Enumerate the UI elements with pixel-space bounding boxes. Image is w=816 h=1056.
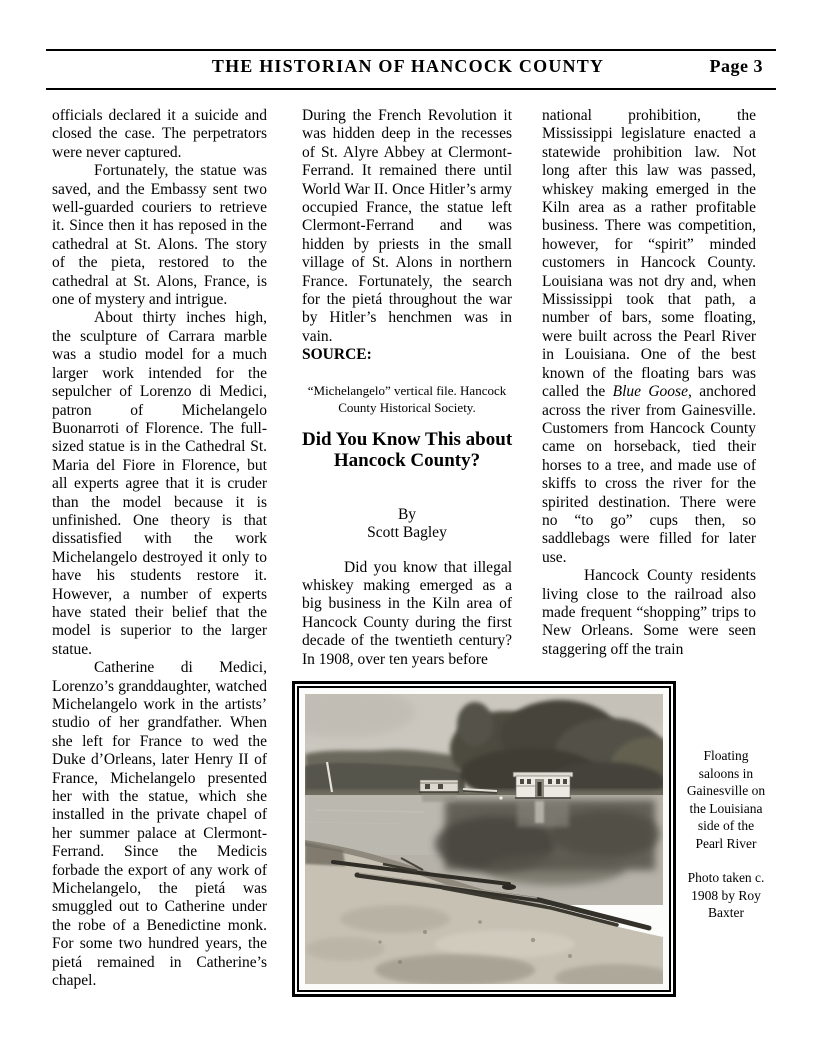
paragraph: Catherine di Medici, Lorenzo’s granddaug… — [52, 659, 267, 990]
source-citation: “Michelangelo” vertical file. Hancock Co… — [302, 382, 512, 416]
column-2: During the French Revolution it was hidd… — [302, 107, 512, 669]
citation-line: County Historical Society. — [302, 399, 512, 416]
photo-matte — [297, 686, 671, 992]
newsletter-page: THE HISTORIAN OF HANCOCK COUNTY Page 3 o… — [0, 0, 816, 1056]
photo-illustration — [305, 694, 663, 984]
header-rule-top — [46, 49, 776, 51]
paragraph: Did you know that illegal whiskey making… — [302, 559, 512, 669]
heading-line: Hancock County? — [302, 450, 512, 472]
header-rule-bottom — [46, 88, 776, 90]
paragraph-text: , anchored across the river from Gainesv… — [542, 383, 756, 566]
article-heading: Did You Know This about Hancock County? — [302, 429, 512, 472]
paragraph: Fortunately, the statue was saved, and t… — [52, 162, 267, 309]
byline-author: Scott Bagley — [302, 524, 512, 542]
paragraph: About thirty inches high, the sculpture … — [52, 309, 267, 659]
page-title: THE HISTORIAN OF HANCOCK COUNTY — [0, 56, 816, 77]
column-3: national prohibition, the Mississippi le… — [542, 107, 756, 659]
source-label: SOURCE: — [302, 346, 512, 364]
paragraph: officials declared it a suicide and clos… — [52, 107, 267, 162]
photo-frame — [292, 681, 676, 997]
paragraph: national prohibition, the Mississippi le… — [542, 107, 756, 567]
photo-caption-text: Floating saloons in Gainesville on the L… — [684, 747, 768, 852]
byline-by: By — [302, 506, 512, 524]
paragraph-text: national prohibition, the Mississippi le… — [542, 107, 756, 400]
photo-caption: Floating saloons in Gainesville on the L… — [684, 747, 768, 922]
heading-line: Did You Know This about — [302, 429, 512, 451]
column-1: officials declared it a suicide and clos… — [52, 107, 267, 991]
citation-line: “Michelangelo” vertical file. Hancock — [302, 382, 512, 399]
boat-name-italic: Blue Goose — [613, 383, 688, 400]
paragraph: Hancock County residents living close to… — [542, 567, 756, 659]
paragraph: During the French Revolution it was hidd… — [302, 107, 512, 346]
byline: By Scott Bagley — [302, 506, 512, 543]
page-number: Page 3 — [710, 56, 763, 77]
photo-credit: Photo taken c. 1908 by Roy Baxter — [684, 869, 768, 922]
